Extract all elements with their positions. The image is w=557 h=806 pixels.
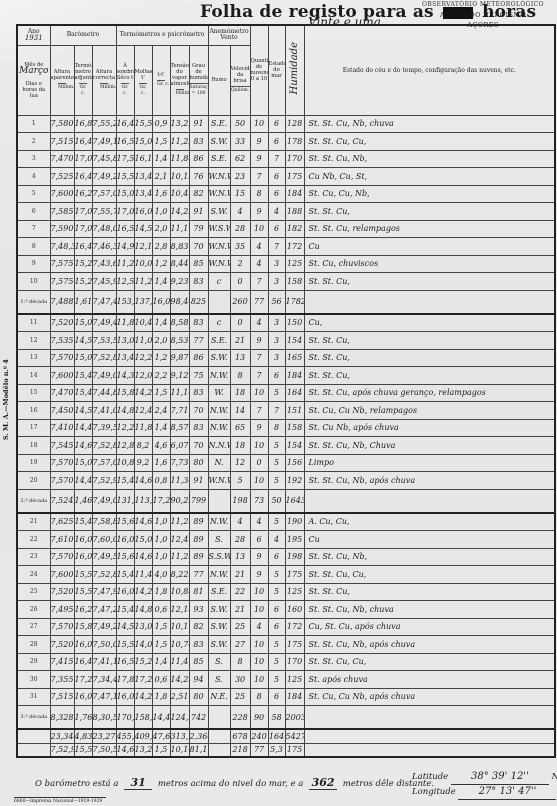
humidity-margin-cell: 170 — [285, 653, 304, 671]
total-cell: 228 — [230, 706, 250, 730]
corrected-height-cell: 7,46,32 — [92, 238, 116, 256]
vapor-tension-cell: 7,71 — [170, 402, 189, 420]
cloud-amount-cell: 77 — [250, 290, 268, 314]
sky-state-cell: Cu Nb, Cu, St, — [304, 168, 555, 186]
sea-state-cell: 5 — [268, 513, 285, 531]
wind-speed-label: Velocidade da brisa — [231, 66, 251, 84]
table-row: 227,61016,07,60,0416,015,01,012,4989S.28… — [17, 531, 555, 549]
wind-speed-cell: 33 — [230, 133, 250, 151]
humidity-cell: 81 — [189, 583, 208, 601]
table-row: 97,57515,217,43,6311,210,01,28,4485W.N.W… — [17, 255, 555, 273]
humidity-margin-cell: 160 — [285, 601, 304, 619]
cloud-amount-cell: 10 — [250, 653, 268, 671]
wind-speed-cell: 65 — [230, 419, 250, 437]
sky-state-cell — [304, 290, 555, 314]
dry-bulb-cell: 153,7 — [116, 290, 134, 314]
humidity-margin-cell: 195 — [285, 531, 304, 549]
table-row: 107,57515,217,45,9112,511,21,49,2383c073… — [17, 273, 555, 291]
sky-state-cell: St. St. Cu, Cu, — [304, 133, 555, 151]
total-cell: 2003 — [285, 706, 304, 730]
sea-state-cell: 7 — [268, 238, 285, 256]
cloud-amount-cell: 8 — [250, 688, 268, 706]
unit-km: Quilóm. — [231, 86, 250, 94]
dry-bulb-cell: 12,5 — [116, 273, 134, 291]
unit-gr: Gr. c. — [79, 83, 87, 97]
humidity-cell: 83 — [189, 384, 208, 402]
sky-state-cell — [304, 489, 555, 513]
apparent-height-cell: 7,415 — [50, 653, 74, 671]
vapor-tension-cell: 7,73 — [170, 454, 189, 472]
unit-gr: Gr. c. — [139, 83, 147, 97]
apparent-height-cell: 7,585 — [50, 203, 74, 221]
total-cell: 14,68 — [116, 743, 134, 757]
vapor-tension-cell: 14,23 — [170, 203, 189, 221]
humidity-cell: 77 — [189, 332, 208, 350]
difference-cell: 1,2 — [152, 349, 170, 367]
humidity-margin-cell: 175 — [285, 168, 304, 186]
difference-cell: 1,4 — [152, 150, 170, 168]
sea-state-cell: 6 — [268, 618, 285, 636]
table-row: 207,57014,47,52,9615,414,60,811,3091W.N.… — [17, 472, 555, 490]
vapor-tension-cell: 11,86 — [170, 150, 189, 168]
humidity-cell: 93 — [189, 601, 208, 619]
sky-state-cell: Cu, St. Cu, após chuva — [304, 618, 555, 636]
sea-state-cell: 4 — [268, 531, 285, 549]
anemometer-group-header: Anemómetro Vento — [208, 25, 250, 45]
wind-direction-cell: S.W. — [208, 133, 230, 151]
humidity-cell: 82 — [189, 618, 208, 636]
cloud-amount-cell: 7 — [250, 349, 268, 367]
humidity-cell: 89 — [189, 531, 208, 549]
sky-state-cell: Cu, — [304, 314, 555, 332]
latitude-direction: Norte — [552, 772, 557, 782]
apparent-height-cell: 7,524,10 — [50, 489, 74, 513]
humidity-cell: 91 — [189, 203, 208, 221]
humidity-cell: 83 — [189, 273, 208, 291]
humidity-cell: 83 — [189, 314, 208, 332]
table-row: 17,58016,87,55,2416,415,50,913,2991S.E.5… — [17, 115, 555, 133]
humidity-cell: 70 — [189, 437, 208, 455]
day-number: 16 — [17, 402, 50, 420]
sky-state-cell: St. St. Cu, Nb, chuva — [304, 601, 555, 619]
wind-label: Vento — [220, 34, 237, 41]
attached-thermometer-cell: 16,0 — [74, 688, 92, 706]
corrected-height-cell: 7,45,91 — [92, 273, 116, 291]
day-number: 19 — [17, 454, 50, 472]
apparent-height-label: Altura aparente — [51, 69, 75, 81]
cloud-amount-cell: 10 — [250, 583, 268, 601]
cloud-amount-cell: 10 — [250, 220, 268, 238]
total-cell: 240 — [250, 729, 268, 743]
sea-state-cell: 3 — [268, 314, 285, 332]
apparent-height-cell: 7,570 — [50, 454, 74, 472]
corrected-height-cell: 7,60,04 — [92, 531, 116, 549]
corrected-height-cell: 7,50,04 — [92, 636, 116, 654]
wet-bulb-cell: 13,4 — [134, 168, 152, 186]
dry-bulb-cell: 15,0 — [116, 185, 134, 203]
wet-bulb-cell: 14,8 — [134, 601, 152, 619]
wind-speed-cell: 18 — [230, 384, 250, 402]
humidity-cell: 799 — [189, 489, 208, 513]
day-number: 3 — [17, 150, 50, 168]
humidity-cell: 89 — [189, 548, 208, 566]
unit-gr: Gr. c. — [157, 80, 165, 88]
longitude-line: Longitude 27° 13' 47'' W. — [412, 785, 557, 800]
sea-state-cell: 3 — [268, 273, 285, 291]
sea-state-cell: 5 — [268, 671, 285, 689]
wind-direction-cell: W.N.W. — [208, 238, 230, 256]
humidity-cell: 85 — [189, 255, 208, 273]
wind-direction-cell: c — [208, 273, 230, 291]
sky-state-cell: Limpo — [304, 454, 555, 472]
month-value: Março — [19, 66, 48, 76]
day-number: 2 — [17, 133, 50, 151]
corrected-height-cell: 7,44,85 — [92, 384, 116, 402]
wet-bulb-header: Molhado t'Gr. c. — [134, 45, 152, 115]
apparent-height-cell: 7,625 — [50, 513, 74, 531]
table-row: 277,57015,87,49,2714,513,01,510,1782S.W.… — [17, 618, 555, 636]
corrected-height-cell: 7,49,15 — [92, 133, 116, 151]
vapor-tension-cell: 11,10 — [170, 384, 189, 402]
totals-label: 3.ª década — [17, 706, 50, 730]
wind-direction-cell: S. — [208, 653, 230, 671]
table-row: 307,35517,217,34,4517,817,20,614,2894S.3… — [17, 671, 555, 689]
apparent-height-cell: 7,570 — [50, 349, 74, 367]
decade-summary-row: 2.ª década7,524,101,4607,49,03131,0113,8… — [17, 489, 555, 513]
difference-cell: 2,0 — [152, 220, 170, 238]
sea-distance-value: 362 — [309, 776, 337, 790]
totals-label — [17, 743, 50, 757]
day-number: 25 — [17, 583, 50, 601]
sky-state-cell — [304, 729, 555, 743]
wet-bulb-cell: 15,0 — [134, 133, 152, 151]
attached-thermometer-cell: 14,4 — [74, 472, 92, 490]
attached-thermometer-cell: 16,0 — [74, 531, 92, 549]
corrected-height-header: Altura correctaMillim. — [92, 45, 116, 115]
vapor-tension-cell: 8,57 — [170, 419, 189, 437]
attached-thermometer-cell: 14,5 — [74, 332, 92, 350]
sea-state-cell: 5 — [268, 454, 285, 472]
humidity-cell: 70 — [189, 238, 208, 256]
vapor-tension-cell: 98,40 — [170, 290, 189, 314]
attached-thermometer-cell: 15,5 — [74, 566, 92, 584]
table-row: 157,47015,47,44,8515,814,21,511,1083W.18… — [17, 384, 555, 402]
sky-state-cell: St. St. Cu, — [304, 332, 555, 350]
humidity-margin-cell: 184 — [285, 185, 304, 203]
day-number: 13 — [17, 349, 50, 367]
humidity-margin-handwritten: Humidade — [289, 42, 300, 95]
apparent-height-cell: 7,495 — [50, 601, 74, 619]
sky-state-cell: St. St. Cu, Nb, Chuva — [304, 437, 555, 455]
year-cell: Ano 1931 — [17, 25, 50, 45]
wind-speed-cell: 35 — [230, 238, 250, 256]
vapor-tension-cell: 8,58 — [170, 314, 189, 332]
table-row: 137,57015,07,52,8713,412,21,29,8786S.W.1… — [17, 349, 555, 367]
dry-bulb-cell: 17,8 — [116, 671, 134, 689]
table-row: 87,48,3516,47,46,3214,912,12,88,8370W.N.… — [17, 238, 555, 256]
sky-state-cell: St. Cu, Cu Nb, após chuva — [304, 688, 555, 706]
apparent-height-cell: 7,590 — [50, 220, 74, 238]
corrected-height-cell: 7,55,24 — [92, 115, 116, 133]
total-cell — [208, 706, 230, 730]
apparent-height-cell: 7,520 — [50, 314, 74, 332]
humidity-cell: 89 — [189, 513, 208, 531]
wind-speed-cell: 0 — [230, 314, 250, 332]
wind-direction-cell: N.N.W. — [208, 437, 230, 455]
attached-thermometer-cell: 16,0 — [74, 636, 92, 654]
wet-bulb-cell: 14,6 — [134, 548, 152, 566]
cloud-amount-cell: 9 — [250, 332, 268, 350]
wind-speed-cell: 13 — [230, 349, 250, 367]
sea-state-cell: 4 — [268, 203, 285, 221]
cloud-amount-cell: 6 — [250, 531, 268, 549]
wind-speed-cell: 8 — [230, 653, 250, 671]
table-row: 297,41516,47,41,1416,515,21,411,4185S.81… — [17, 653, 555, 671]
wet-bulb-cell: 14,6 — [134, 513, 152, 531]
difference-cell: 0,8 — [152, 472, 170, 490]
cloud-amount-cell: 9 — [250, 566, 268, 584]
sky-state-cell: St. St. Cu, — [304, 273, 555, 291]
sea-state-cell: 6 — [268, 367, 285, 385]
wet-bulb-cell: 137,5 — [134, 290, 152, 314]
dry-bulb-cell: 16,4 — [116, 115, 134, 133]
dry-bulb-cell: 17,5 — [116, 150, 134, 168]
difference-cell: 1,4 — [152, 314, 170, 332]
day-number: 8 — [17, 238, 50, 256]
register-table: Ano 1931 Barómetro Termómetros e psicróm… — [16, 24, 556, 758]
dry-label: Sêco t — [117, 75, 133, 81]
humidity-margin-cell: 172 — [285, 618, 304, 636]
day-number: 22 — [17, 531, 50, 549]
vapor-tension-cell: 8,44 — [170, 255, 189, 273]
vapor-tension-cell: 8,22 — [170, 566, 189, 584]
wind-direction-cell: S.W. — [208, 349, 230, 367]
wet-bulb-cell: 113,8 — [134, 489, 152, 513]
dry-bulb-cell: 14,3 — [116, 367, 134, 385]
vapor-tension-cell: 9,12 — [170, 367, 189, 385]
sky-state-cell: St. St. Cu, Nb, após chuva — [304, 636, 555, 654]
longitude-label: Longitude — [412, 787, 456, 797]
cloud-amount-cell: 10 — [250, 601, 268, 619]
total-cell: 8,328,11 — [50, 706, 74, 730]
apparent-height-cell: 7,535 — [50, 332, 74, 350]
humidity-cell: 75 — [189, 367, 208, 385]
difference-cell: 0,6 — [152, 671, 170, 689]
cloud-amount-cell: 4 — [250, 238, 268, 256]
barometer-group-header: Barómetro — [50, 25, 116, 45]
wind-speed-cell: 28 — [230, 531, 250, 549]
wind-direction-cell: W.S.W. — [208, 220, 230, 238]
humidity-margin-cell: 158 — [285, 273, 304, 291]
vapor-tension-cell: 11,17 — [170, 220, 189, 238]
humidity-cell: 83 — [189, 636, 208, 654]
wet-bulb-cell: 12,0 — [134, 367, 152, 385]
table-row: 187,54514,67,52,8012,88,24,66,0770N.N.W.… — [17, 437, 555, 455]
cloud-amount-cell: 4 — [250, 618, 268, 636]
sea-state-cell: 56 — [268, 290, 285, 314]
sea-state-cell: 5 — [268, 583, 285, 601]
wind-speed-cell: 25 — [230, 618, 250, 636]
wet-bulb-cell: 10,0 — [134, 255, 152, 273]
humidity-cell: 91 — [189, 472, 208, 490]
cloud-amount-cell: 10 — [250, 437, 268, 455]
cloud-amount-cell: 10 — [250, 384, 268, 402]
apparent-height-cell: 7,470 — [50, 150, 74, 168]
sky-state-cell: St. St. Cu, — [304, 203, 555, 221]
thermometer-group-header: Termómetros e psicrómetro — [116, 25, 208, 45]
apparent-height-cell: 7,580 — [50, 115, 74, 133]
dry-bulb-cell: 14,8 — [116, 402, 134, 420]
total-cell — [208, 743, 230, 757]
humidity-cell: 82 — [189, 185, 208, 203]
dry-bulb-cell: 15,6 — [116, 513, 134, 531]
monthly-mean-row: 7,52,9515,587,50,5314,6813,21,510,1081,1… — [17, 743, 555, 757]
corrected-height-cell: 7,58,80 — [92, 513, 116, 531]
wind-direction-cell: W. — [208, 384, 230, 402]
difference-cell: 2,8 — [152, 238, 170, 256]
dry-bulb-cell: 14,5 — [116, 618, 134, 636]
apparent-height-cell: 7,600 — [50, 367, 74, 385]
wind-direction-cell: S.W. — [208, 203, 230, 221]
latitude-value: 38° 39' 12'' — [451, 770, 549, 785]
total-cell: 1,762 — [74, 706, 92, 730]
corrected-height-cell: 7,57,04 — [92, 185, 116, 203]
humidity-margin-cell: 128 — [285, 115, 304, 133]
total-cell: 170,5 — [116, 706, 134, 730]
vapor-tension-label: Tensão do vapor atmosférico — [171, 63, 190, 87]
attached-thermometer-header: Termó-metro adjuntoGr. c. — [74, 45, 92, 115]
cloud-amount-cell: 73 — [250, 489, 268, 513]
vapor-tension-cell: 9,87 — [170, 349, 189, 367]
total-cell: 4,83 — [74, 729, 92, 743]
form-model-code: S. M. A.—Modêlo n.º 4 — [2, 340, 16, 460]
dry-bulb-cell: 15,4 — [116, 601, 134, 619]
sky-state-cell: St. após chuva — [304, 671, 555, 689]
difference-cell: 4,0 — [152, 566, 170, 584]
apparent-height-cell: 7,610 — [50, 531, 74, 549]
humidity-margin-cell: 1643 — [285, 489, 304, 513]
attached-thermometer-cell: 16,2 — [74, 601, 92, 619]
vapor-tension-cell: 11,41 — [170, 653, 189, 671]
apparent-height-cell: 7,470 — [50, 384, 74, 402]
difference-cell: 1,8 — [152, 583, 170, 601]
humidity-cell: 86 — [189, 150, 208, 168]
attached-thermometer-cell: 15,0 — [74, 454, 92, 472]
vapor-tension-cell: 13,29 — [170, 115, 189, 133]
dry-bulb-cell: 14,9 — [116, 238, 134, 256]
sea-state-cell: 3 — [268, 349, 285, 367]
vapor-tension-cell: 12,49 — [170, 531, 189, 549]
humidity-cell: 825 — [189, 290, 208, 314]
dry-bulb-cell: 12,8 — [116, 437, 134, 455]
humidity-margin-cell: 154 — [285, 332, 304, 350]
humidity-margin-cell: 170 — [285, 150, 304, 168]
sky-state-cell: St. St. Cu, Cu, — [304, 566, 555, 584]
latitude-label: Latitude — [412, 772, 448, 782]
day-number: 21 — [17, 513, 50, 531]
cloud-amount-cell: 7 — [250, 168, 268, 186]
totals-label — [17, 729, 50, 743]
corrected-height-cell: 7,39,58 — [92, 419, 116, 437]
corrected-height-cell: 7,47,45 — [92, 290, 116, 314]
dry-bulb-cell: 15,5 — [116, 636, 134, 654]
wind-direction-cell: W.N.W. — [208, 168, 230, 186]
wet-bulb-cell: 12,4 — [134, 402, 152, 420]
vapor-tension-cell: 10,88 — [170, 583, 189, 601]
attached-thermometer-cell: 14,6 — [74, 437, 92, 455]
monthly-sum-row: 23,340,514,8323,27,01455,2409,547,6313,1… — [17, 729, 555, 743]
sky-state-cell — [304, 706, 555, 730]
attached-thermometer-cell: 16,4 — [74, 133, 92, 151]
difference-cell: 2,1 — [152, 168, 170, 186]
cloud-amount-cell: 0 — [250, 454, 268, 472]
attached-thermometer-cell: 16,2 — [74, 185, 92, 203]
total-cell: 455,2 — [116, 729, 134, 743]
attached-thermometer-cell: 16,4 — [74, 168, 92, 186]
wind-speed-cell: 50 — [230, 115, 250, 133]
corrected-height-cell: 7,47,29 — [92, 601, 116, 619]
corrected-height-label: Altura correcta — [93, 69, 115, 81]
difference-cell: 1,4 — [152, 653, 170, 671]
humidity-margin-cell: 151 — [285, 402, 304, 420]
apparent-height-header: Altura aparenteMillim. — [50, 45, 74, 115]
total-cell: 77 — [250, 743, 268, 757]
cloud-amount-cell: 9 — [250, 419, 268, 437]
sea-state-cell: 5 — [268, 384, 285, 402]
apparent-height-cell: 7,575 — [50, 255, 74, 273]
humidity-margin-cell: 125 — [285, 671, 304, 689]
humidity-margin-cell: 158 — [285, 419, 304, 437]
total-cell: 5,3 — [268, 743, 285, 757]
vapor-tension-cell: 10,74 — [170, 636, 189, 654]
sky-state-cell: Cu — [304, 531, 555, 549]
wind-direction-header: Rumo — [208, 45, 230, 115]
sea-state-cell: 5 — [268, 653, 285, 671]
apparent-height-cell: 7,570 — [50, 548, 74, 566]
latitude-line: Latitude 38° 39' 12'' Norte — [412, 770, 557, 785]
apparent-height-cell: 7,355 — [50, 671, 74, 689]
day-number: 20 — [17, 472, 50, 490]
barometer-altitude-note: O barómetro está a 31 metros acima do ni… — [35, 776, 434, 790]
cloud-amount-cell: 9 — [250, 203, 268, 221]
longitude-value: 27° 13' 47'' — [458, 785, 556, 800]
attached-thermometer-cell: 15,21 — [74, 255, 92, 273]
cloud-amount-cell: 10 — [250, 671, 268, 689]
humidity-margin-cell: 164 — [285, 384, 304, 402]
total-cell: 218 — [230, 743, 250, 757]
total-cell: 7,52,95 — [50, 743, 74, 757]
daily-rows: 17,58016,87,55,2416,415,50,913,2991S.E.5… — [17, 115, 555, 757]
sea-state-cell: 6 — [268, 548, 285, 566]
wet-bulb-cell: 11,0 — [134, 332, 152, 350]
wind-speed-cell: 15 — [230, 185, 250, 203]
dry-bulb-cell: 16,0 — [116, 531, 134, 549]
apparent-height-cell: 7,520 — [50, 583, 74, 601]
apparent-height-cell: 7,525 — [50, 168, 74, 186]
day-number: 9 — [17, 255, 50, 273]
total-cell: 175 — [285, 743, 304, 757]
unit-gr: Gr. c. — [121, 83, 129, 97]
wet-bulb-cell: 16,0 — [134, 203, 152, 221]
humidity-cell: 79 — [189, 220, 208, 238]
total-cell: 742 — [189, 706, 208, 730]
apparent-height-cell: 7,520 — [50, 636, 74, 654]
cloud-amount-cell: 10 — [250, 115, 268, 133]
day-number: 10 — [17, 273, 50, 291]
cloud-amount-cell: 9 — [250, 150, 268, 168]
table-row: 167,45014,57,41,0514,812,42,47,7170N.W.1… — [17, 402, 555, 420]
month-day-cell: Mês de Março Dias e horas da lua — [17, 45, 50, 115]
